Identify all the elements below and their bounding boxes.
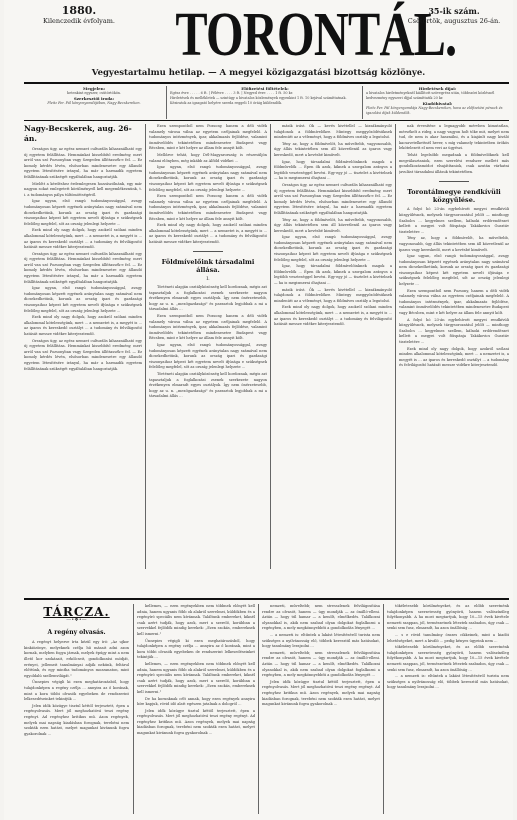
column-divider bbox=[383, 604, 384, 814]
column-divider bbox=[145, 124, 146, 569]
paragraph: Ezen szempontból nem Pozsony, hanem a dé… bbox=[149, 314, 267, 342]
paragraph: Ezek mind oly nagy dolgok, hogy azokról … bbox=[149, 223, 267, 245]
paragraph: nemzeti, műveltebb; nem stresszlenek fel… bbox=[262, 651, 380, 679]
paragraph: Igaz, hogy társadalmi földmívelőinknek m… bbox=[274, 264, 392, 286]
column-divider bbox=[258, 604, 259, 814]
paragraph: Ezen szempontból nem Pozsony, hanem a dé… bbox=[149, 124, 267, 152]
paragraph: nak érvesítése a legnagyobb mérvben kimu… bbox=[399, 124, 509, 152]
paragraph: Ezek mind oly nagy dolgok, hogy azokról … bbox=[399, 347, 509, 369]
paragraph: nemzeti, műveltebb; nem stresszlenek fel… bbox=[262, 604, 380, 632]
paragraph: A regényt helyezve írta kézül egy író: „… bbox=[24, 640, 129, 679]
paragraph: Ezek mind oly nagy dolgok, hogy azokról … bbox=[24, 228, 142, 250]
info-band: Megjelen: hetenkint egyszer, csütörtökön… bbox=[24, 86, 509, 119]
paragraph: Tény az, hogy a földmívelőt, ha művelteb… bbox=[274, 142, 392, 159]
paragraph: Ezen szempontból nem Pozsony, hanem a dé… bbox=[399, 289, 509, 317]
column-4: nak érvesítése a legnagyobb mérvben kimu… bbox=[399, 124, 509, 569]
paragraph: Tény az, hogy a földmívelőt, ha művelteb… bbox=[274, 218, 392, 235]
paragraph: Országos ügy, az egész nemzet culturális… bbox=[24, 147, 142, 181]
paragraph: Igaz ugyan, első rangú tudományossággal,… bbox=[24, 199, 142, 227]
paragraph: kellemes, — ezen regényekben nem többnek… bbox=[137, 662, 255, 696]
masthead-rule bbox=[24, 82, 509, 84]
paragraph: Igaz ugyan, első rangú tudományossággal,… bbox=[399, 254, 509, 288]
section-rule bbox=[439, 181, 469, 182]
paragraph: Országos ügy, az egész nemzet culturális… bbox=[274, 183, 392, 217]
paragraph: A folyó hó 23-án egybehívott megyei rend… bbox=[399, 318, 509, 346]
lead-article: Nagy-Becskerek, aug. 26-án. Országos ügy… bbox=[24, 124, 142, 569]
info-dijai-text: a hivatalos hirdetményeknél kiállított s… bbox=[366, 91, 509, 101]
paragraph: Ezek mind oly nagy dolgok, hogy azokról … bbox=[24, 315, 142, 337]
section-number: I. bbox=[149, 277, 267, 283]
column-divider bbox=[395, 124, 396, 569]
paragraph: A folyó hó 23-án egybehívott megyei rend… bbox=[399, 207, 509, 235]
masthead-right: 35-ik szám. Csötörtök, augusztus 26-án. bbox=[394, 6, 514, 26]
tarcza-column-3: nemzeti, műveltebb; nem stresszlenek fel… bbox=[262, 604, 380, 814]
info-kiadohivatal-text: Pleitz Fer. Pál könyvnyomdája Nagy-Becsk… bbox=[366, 106, 509, 116]
paragraph: Jelen idők közügye tisztul kéttől terjes… bbox=[137, 709, 255, 737]
paragraph: Tény az, hogy a földmívelőt, ha művelteb… bbox=[399, 236, 509, 253]
paragraph: tökéletesebb körülményeket, és az előbb … bbox=[387, 645, 509, 673]
tarcza-title: A regény olvasás. bbox=[24, 629, 129, 637]
column-3: másik irást. Ők — kevés kivétellel — kiz… bbox=[274, 124, 392, 569]
paragraph: Ezen szempontból nem Pozsony, hanem a dé… bbox=[149, 194, 267, 222]
tarcza-column-1: TÁRCZA. —•❖•— A regény olvasás. A regény… bbox=[24, 604, 129, 814]
paragraph: Jelen idők közügye tisztul kéttől terjes… bbox=[262, 680, 380, 708]
paragraph: De ha korunknak célt annak, hogy ezen re… bbox=[137, 697, 255, 708]
paragraph: Mielőtt a kérdéshez érdemlegesen hozzász… bbox=[24, 182, 142, 199]
info-divider bbox=[166, 86, 167, 119]
paragraph: Mellőzve tehát, hogy Dél-Magyarország is… bbox=[149, 153, 267, 164]
paragraph: másik irást. Ők — kevés kivétellel — kiz… bbox=[274, 124, 392, 141]
paragraph: másik irást. Ők — kevés kivétellel — kiz… bbox=[274, 288, 392, 305]
paragraph: tökéletesebb körülményeket, és az előbb … bbox=[387, 604, 509, 632]
paragraph: Ezek mind oly nagy dolgok, hogy azokról … bbox=[274, 305, 392, 327]
paragraph: Történeti alapján osztályközönség kell h… bbox=[149, 372, 267, 400]
newspaper-subtitle: Vegyestartalmu hetilap. — A megyei közig… bbox=[4, 68, 513, 78]
issue-date: Csötörtök, augusztus 26-án. bbox=[394, 16, 514, 26]
foldmiveloink-heading: Földmívelőink társadalmi állása. bbox=[149, 258, 267, 274]
paragraph: ... s e rövid tanulmány összes cikkeinek… bbox=[387, 633, 509, 644]
paragraph: Tehát legelsőbb megadnak a földmívelőkne… bbox=[399, 153, 509, 175]
section-rule bbox=[193, 251, 223, 252]
info-divider bbox=[362, 86, 363, 119]
issue-number: 35-ik szám. bbox=[394, 6, 514, 16]
paragraph: Ünnepies végigli ki ezen meghatározásból… bbox=[24, 680, 129, 702]
info-publisher: Hirdetések díjai: a hivatalos hirdetmény… bbox=[366, 86, 509, 119]
column-divider bbox=[270, 124, 271, 569]
ornament: —•❖•— bbox=[24, 618, 129, 624]
tarcza-column-4: tökéletesebb körülményeket, és az előbb … bbox=[387, 604, 509, 814]
tarcza-heading: TÁRCZA. bbox=[24, 610, 129, 616]
paragraph: Országos ügy, az egész nemzet culturális… bbox=[24, 339, 142, 373]
paragraph: ... a nemzeti is: eltűntek a lakást léte… bbox=[262, 633, 380, 650]
paragraph: Országos ügy, az egész nemzet culturális… bbox=[24, 252, 142, 286]
tarcza-rule bbox=[24, 598, 509, 600]
paragraph: Jelen idők közügye tisztul kéttől terjes… bbox=[24, 704, 129, 738]
paragraph: Igaz, hogy társadalmi földmívelőinknek m… bbox=[274, 160, 392, 182]
newspaper-page: 1880. Kilenczedik évfolyam. TORONTÁL. 35… bbox=[4, 0, 513, 820]
paragraph: Igaz ugyan, első rangú tudományossággal,… bbox=[149, 165, 267, 193]
column-divider bbox=[133, 604, 134, 814]
info-szerkesztoi-text: Pleitz Fer. Pál könyvnyomdájában, Nagy-B… bbox=[24, 101, 164, 106]
paragraph: kellemes, — ezen regényekben nem többnek… bbox=[137, 604, 255, 638]
paragraph: Történeti alapján osztályközönség kell h… bbox=[149, 285, 267, 313]
volume: Kilenczedik évfolyam. bbox=[24, 16, 134, 26]
masthead-left: 1880. Kilenczedik évfolyam. bbox=[24, 6, 134, 26]
info-subscription: Előfizetési föltételek: Egész évre . . .… bbox=[170, 86, 360, 119]
tarcza-column-2: kellemes, — ezen regényekben nem többnek… bbox=[137, 604, 255, 814]
paragraph: Igaz ugyan, első rangú tudományossággal,… bbox=[149, 343, 267, 371]
paragraph: Igaz ugyan, első rangú tudományossággal,… bbox=[274, 235, 392, 263]
paragraph: Ünnepies végigli ki ezen meghatározásból… bbox=[137, 639, 255, 661]
paragraph: ... a nemzeti is: eltűntek a lakást léte… bbox=[387, 674, 509, 691]
info-rule bbox=[24, 120, 509, 121]
info-publication: Megjelen: hetenkint egyszer, csütörtökön… bbox=[24, 86, 164, 119]
lead-heading: Nagy-Becskerek, aug. 26-án. bbox=[24, 124, 142, 144]
paragraph: Igaz ugyan, első rangú tudományossággal,… bbox=[24, 286, 142, 314]
info-hirdetesek-text: Hirdetések és mellékletek — szintúgy a h… bbox=[170, 96, 360, 106]
newspaper-title: TORONTÁL. bbox=[175, 2, 362, 68]
column-2: Ezen szempontból nem Pozsony, hanem a dé… bbox=[149, 124, 267, 569]
kozgyules-heading: Torontálmegye rendkívüli közgyűlése. bbox=[399, 188, 509, 204]
year: 1880. bbox=[24, 6, 134, 16]
